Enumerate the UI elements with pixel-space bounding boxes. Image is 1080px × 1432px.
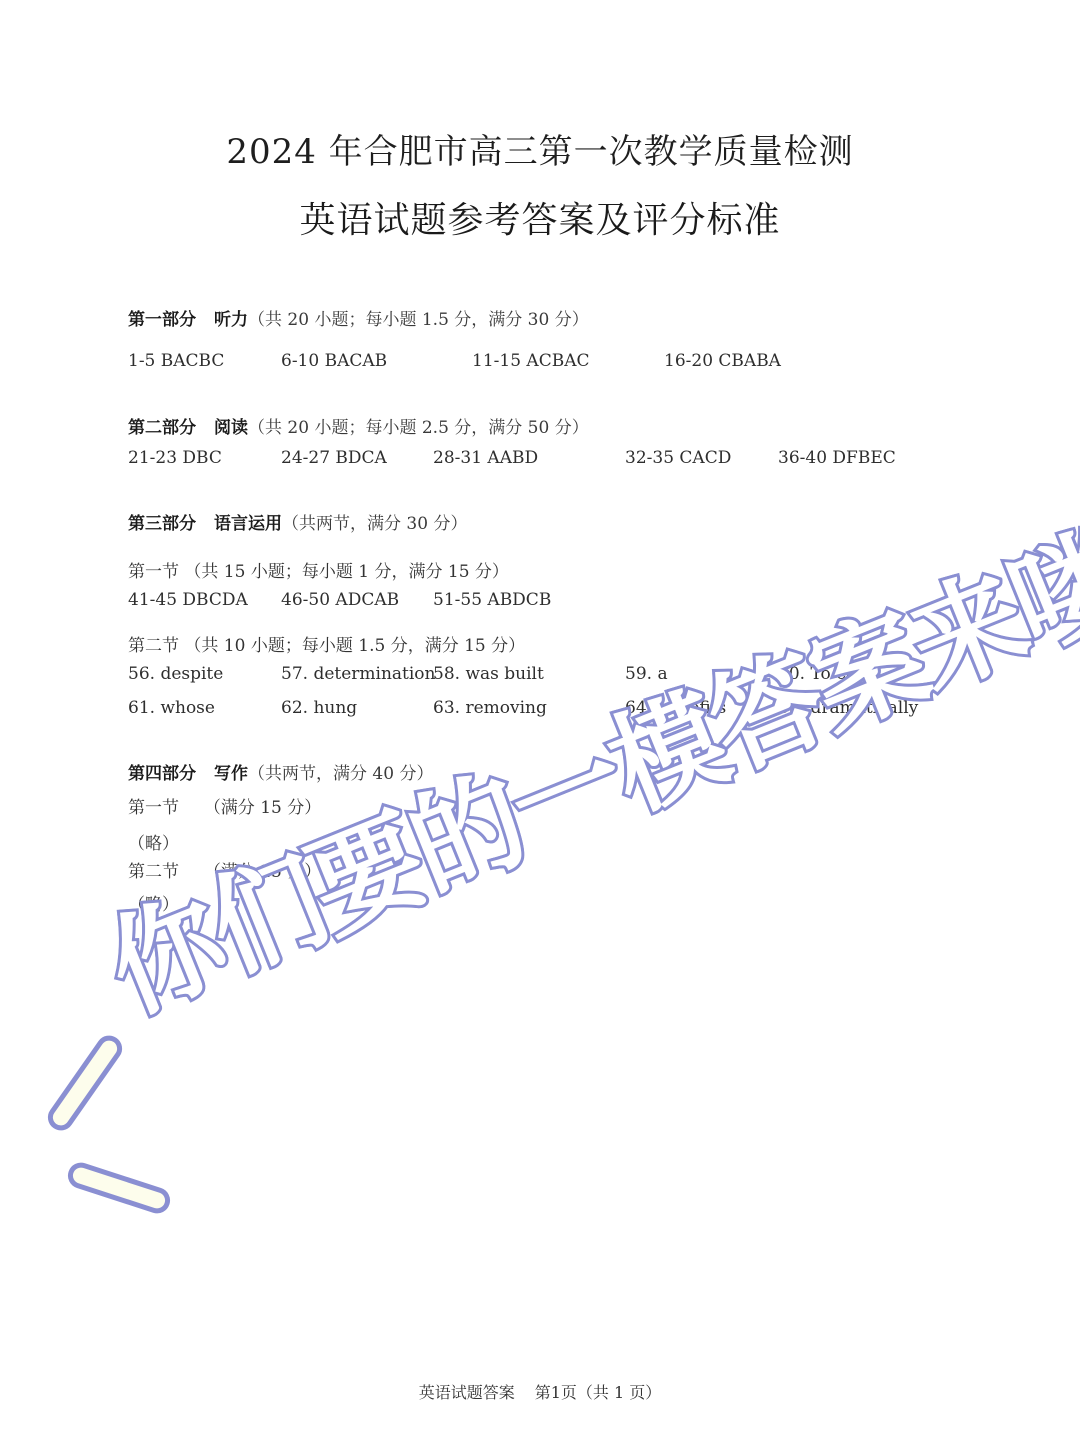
part4-topic: 写作 (214, 764, 248, 784)
answer-group: 1-5 BACBC (128, 351, 224, 371)
answer-group: 16-20 CBABA (664, 351, 781, 371)
part1-note: （共 20 小题；每小题 1.5 分，满分 30 分） (248, 310, 589, 330)
section-note: （共 10 小题；每小题 1.5 分，满分 15 分） (184, 636, 525, 656)
section-label: 第二节 (128, 862, 179, 882)
answer-group: 21-23 DBC (128, 448, 222, 468)
answer-group: 28-31 AABD (433, 448, 538, 468)
answer-group: 41-45 DBCDA (128, 590, 248, 610)
part3-note: （共两节，满分 30 分） (282, 514, 467, 534)
section-label: 第一节 (128, 798, 179, 818)
answer-item: 59. a (625, 664, 668, 684)
part4-name: 第四部分 (128, 764, 196, 784)
section-note: （共 15 小题；每小题 1 分，满分 15 分） (184, 562, 509, 582)
answer-group: 51-55 ABDCB (433, 590, 551, 610)
answer-group: 11-15 ACBAC (472, 351, 589, 371)
part1-name: 第一部分 (128, 310, 196, 330)
answer-group: 46-50 ADCAB (281, 590, 399, 610)
page-footer: 英语试题答案第1页（共 1 页） (0, 1380, 1080, 1403)
answer-item: 62. hung (281, 698, 357, 718)
part3-name: 第三部分 (128, 514, 196, 534)
part3-section2-heading: 第二节 （共 10 小题；每小题 1.5 分，满分 15 分） (128, 631, 525, 656)
answer-group: 24-27 BDCA (281, 448, 387, 468)
part2-heading: 第二部分阅读（共 20 小题；每小题 2.5 分，满分 50 分） (128, 413, 589, 438)
answer-item: 61. whose (128, 698, 215, 718)
part1-topic: 听力 (214, 310, 248, 330)
section-note: （满分 15 分） (204, 798, 321, 818)
answer-group: 32-35 CACD (625, 448, 731, 468)
page-subtitle: 英语试题参考答案及评分标准 (0, 192, 1080, 243)
answer-group: 36-40 DFBEC (778, 448, 896, 468)
answer-item: 58. was built (433, 664, 544, 684)
part3-heading: 第三部分语言运用（共两节，满分 30 分） (128, 509, 467, 534)
footer-doc-name: 英语试题答案 (419, 1383, 515, 1402)
section-label: 第二节 (128, 636, 179, 656)
part1-heading: 第一部分听力（共 20 小题；每小题 1.5 分，满分 30 分） (128, 305, 589, 330)
part3-section1-heading: 第一节 （共 15 小题；每小题 1 分，满分 15 分） (128, 557, 509, 582)
page-title: 2024 年合肥市高三第一次教学质量检测 (0, 124, 1080, 173)
part2-topic: 阅读 (214, 418, 248, 438)
answer-group: 6-10 BACAB (281, 351, 387, 371)
answer-item: 63. removing (433, 698, 547, 718)
answer-item: 56. despite (128, 664, 223, 684)
part2-name: 第二部分 (128, 418, 196, 438)
part2-note: （共 20 小题；每小题 2.5 分，满分 50 分） (248, 418, 589, 438)
part4-heading: 第四部分写作（共两节，满分 40 分） (128, 759, 433, 784)
watermark-slash-mark (43, 1030, 127, 1135)
footer-page-number: 第1页（共 1 页） (535, 1383, 662, 1402)
watermark-dash-mark (65, 1159, 174, 1216)
part4-section1-heading: 第一节 （满分 15 分） (128, 793, 321, 818)
section-label: 第一节 (128, 562, 179, 582)
part4-section1-content: （略） (128, 829, 179, 854)
answer-item: 57. determination (281, 664, 436, 684)
part4-note: （共两节，满分 40 分） (248, 764, 433, 784)
part3-topic: 语言运用 (214, 514, 282, 534)
